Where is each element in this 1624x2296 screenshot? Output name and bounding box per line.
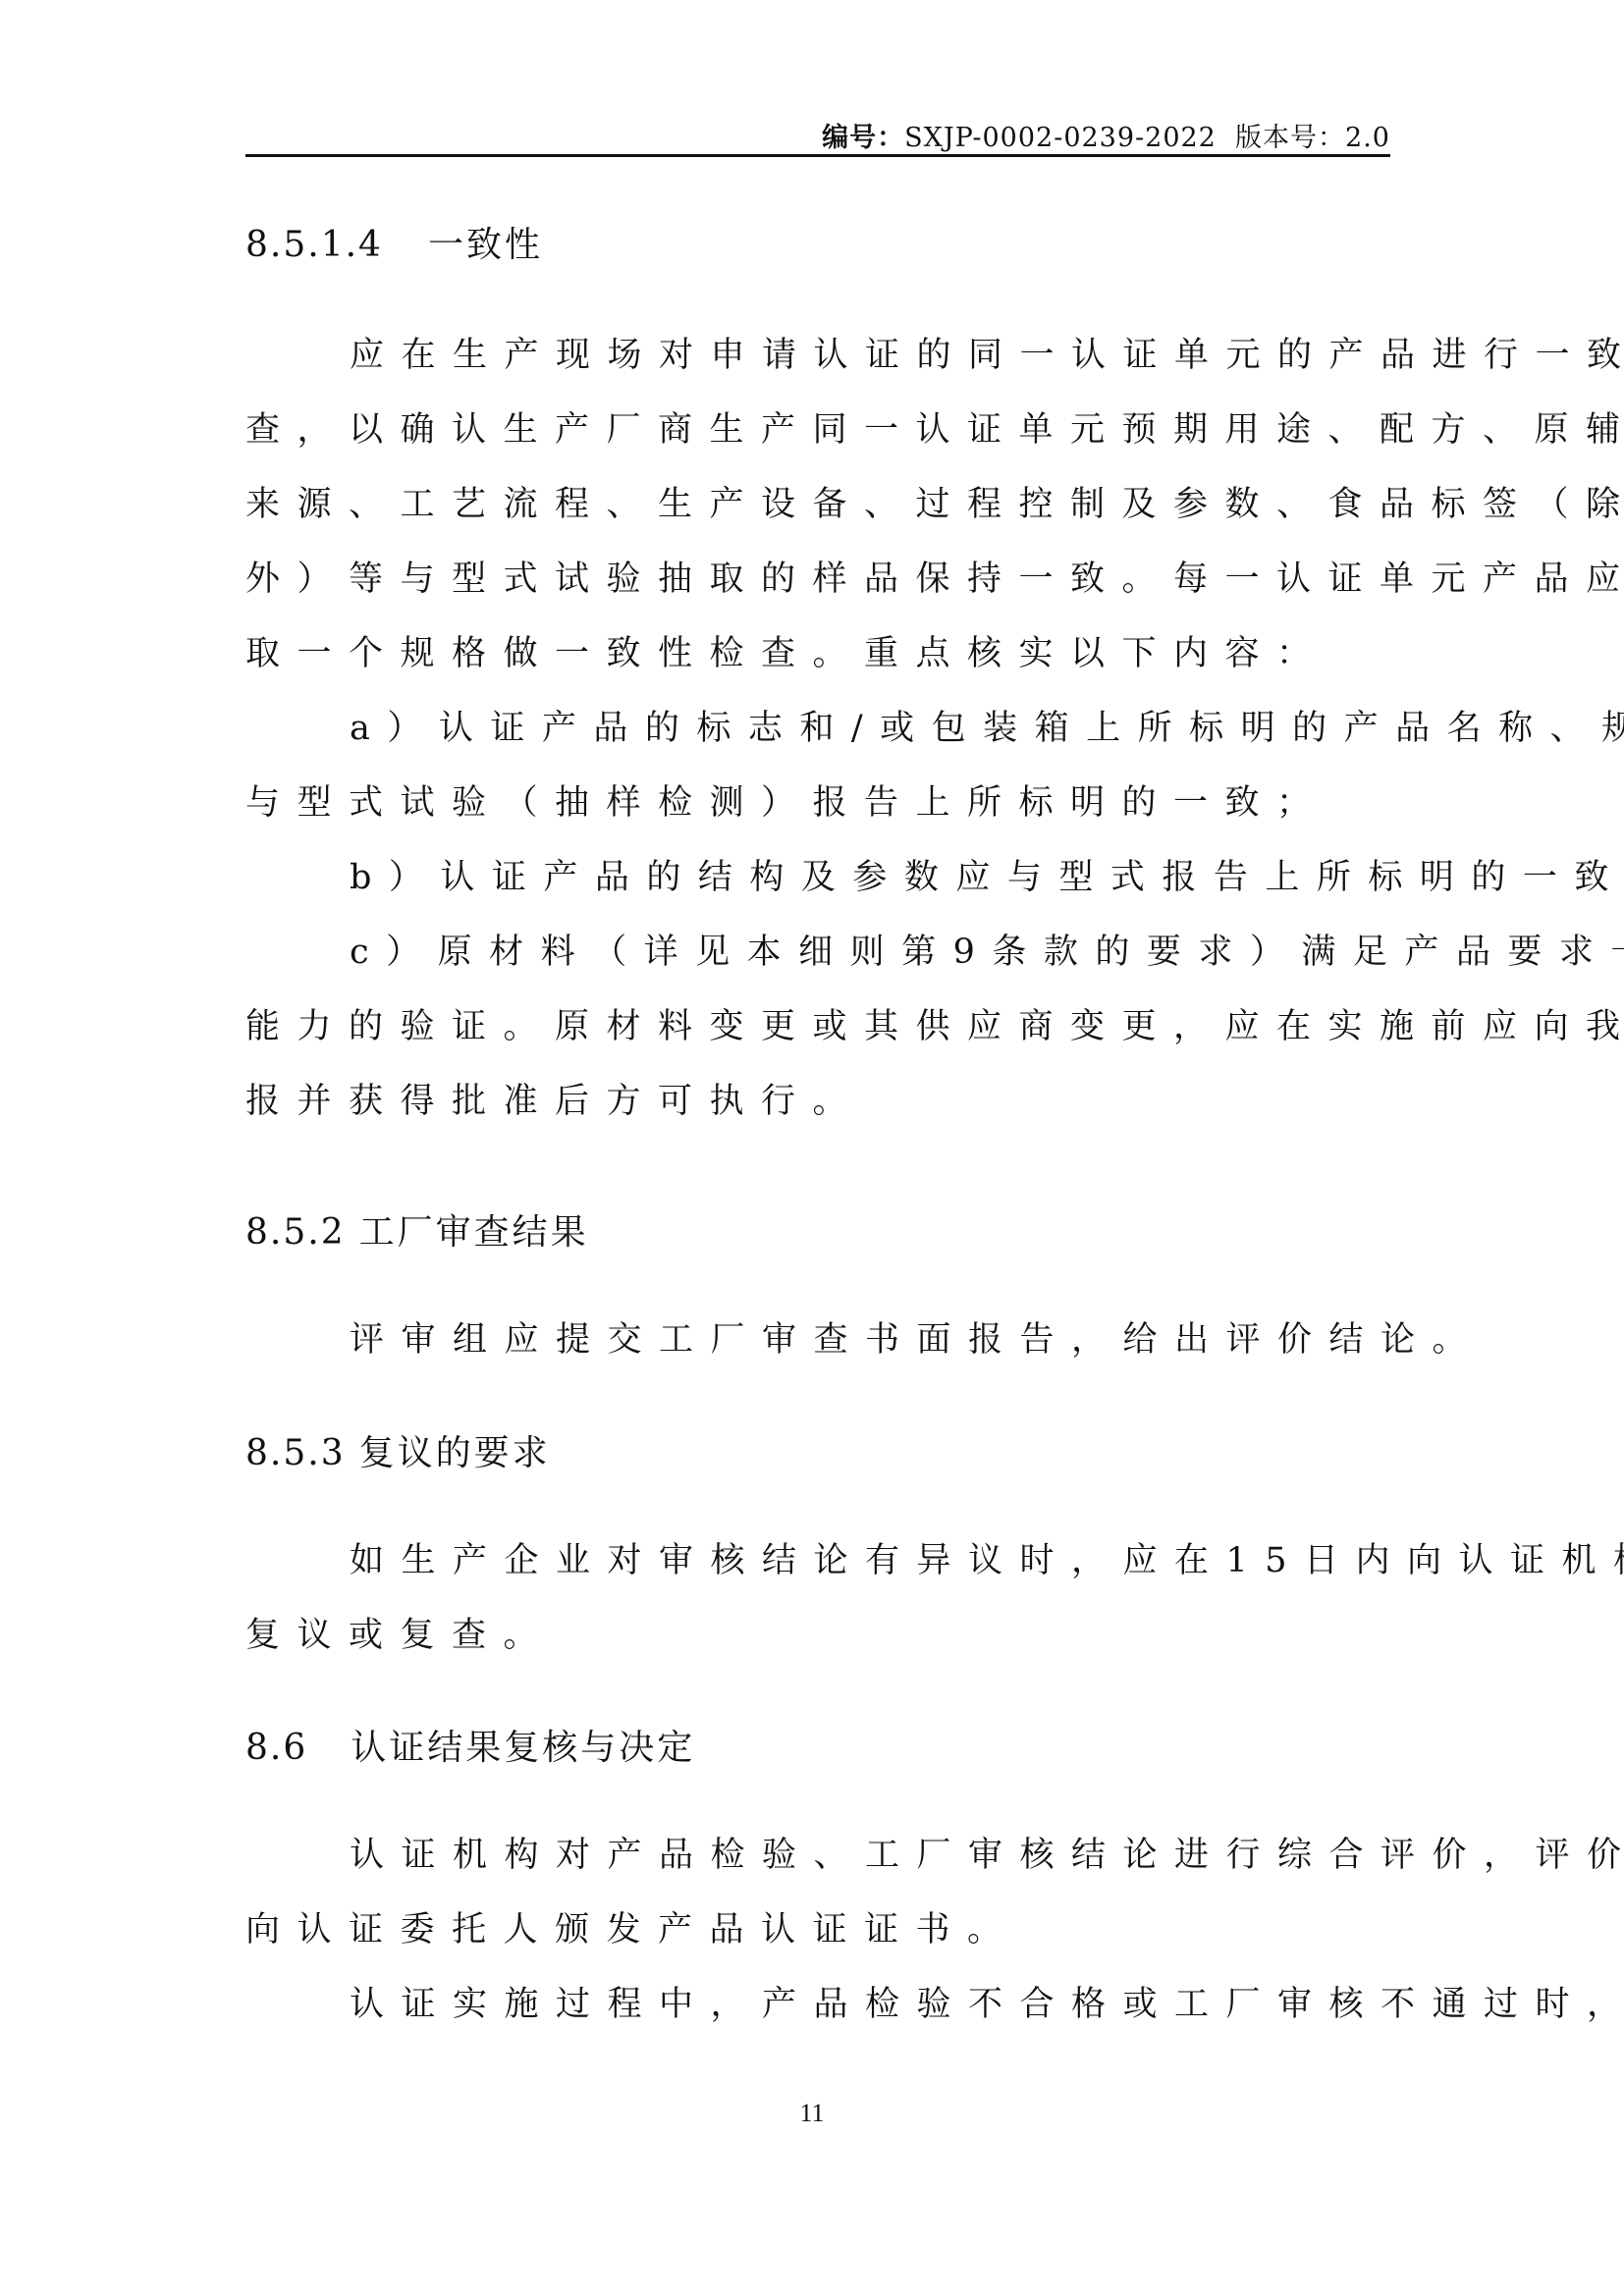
list-item-c-cont: 报并获得批准后方可执行。 (245, 1085, 864, 1119)
paragraph-line: 应在生产现场对申请认证的同一认证单元的产品进行一致性检 (350, 339, 1624, 373)
section-number: 8.5.3 (245, 1433, 346, 1473)
paragraph-line: 来源、工艺流程、生产设备、过程控制及参数、食品标签（除净含量 (245, 488, 1624, 522)
section-title: 工厂审查结果 (359, 1212, 589, 1253)
paragraph-line: 评审组应提交工厂审查书面报告，给出评价结论。 (350, 1323, 1484, 1358)
paragraph-line: 外）等与型式试验抽取的样品保持一致。每一认证单元产品应至少抽 (245, 562, 1624, 597)
section-title: 复议的要求 (359, 1433, 551, 1473)
section-heading-8-5-2: 8.5.2工厂审查结果 (245, 1215, 589, 1251)
paragraph-line: 复议或复查。 (245, 1619, 555, 1653)
page-number: 11 (0, 2099, 1624, 2128)
doc-number-label: 编号： (822, 123, 904, 153)
section-number: 8.5.1.4 (245, 225, 383, 265)
section-heading-8-6: 8.6认证结果复核与决定 (245, 1731, 695, 1766)
list-item-c: c）原材料（详见本细则第9条款的要求）满足产品要求一致性 (350, 935, 1624, 970)
paragraph-line: 向认证委托人颁发产品认证证书。 (245, 1913, 1019, 1948)
section-title: 认证结果复核与决定 (351, 1728, 695, 1768)
list-item-c-cont: 能力的验证。原材料变更或其供应商变更，应在实施前应向我机构申 (245, 1010, 1624, 1044)
version-label: 版本号： (1235, 123, 1345, 153)
section-title: 一致性 (428, 225, 543, 265)
paragraph-line: 取一个规格做一致性检查。重点核实以下内容： (245, 637, 1328, 671)
paragraph-line: 认证实施过程中，产品检验不合格或工厂审核不通过时，终止认 (350, 1988, 1624, 2022)
section-number: 8.5.2 (245, 1212, 346, 1253)
section-number: 8.6 (245, 1728, 307, 1768)
paragraph-line: 如生产企业对审核结论有异议时，应在15日内向认证机构申请 (350, 1544, 1624, 1578)
list-item-b: b）认证产品的结构及参数应与型式报告上所标明的一致； (350, 861, 1624, 895)
page-header: 编号：SXJP-0002-0239-2022 版本号：2.0 (822, 116, 1390, 154)
section-heading-8-5-3: 8.5.3复议的要求 (245, 1436, 551, 1471)
list-item-a: a）认证产品的标志和/或包装箱上所标明的产品名称、规格型号 (350, 712, 1624, 746)
paragraph-line: 查，以确认生产厂商生产同一认证单元预期用途、配方、原辅材料及 (245, 413, 1624, 448)
version-number: 2.0 (1345, 123, 1390, 153)
section-heading-8-5-1-4: 8.5.1.4一致性 (245, 228, 543, 263)
list-item-a-cont: 与型式试验（抽样检测）报告上所标明的一致； (245, 786, 1328, 821)
header-rule (245, 154, 1390, 157)
paragraph-line: 认证机构对产品检验、工厂审核结论进行综合评价，评价合格后， (350, 1839, 1624, 1873)
doc-number: SXJP-0002-0239-2022 (904, 123, 1217, 153)
